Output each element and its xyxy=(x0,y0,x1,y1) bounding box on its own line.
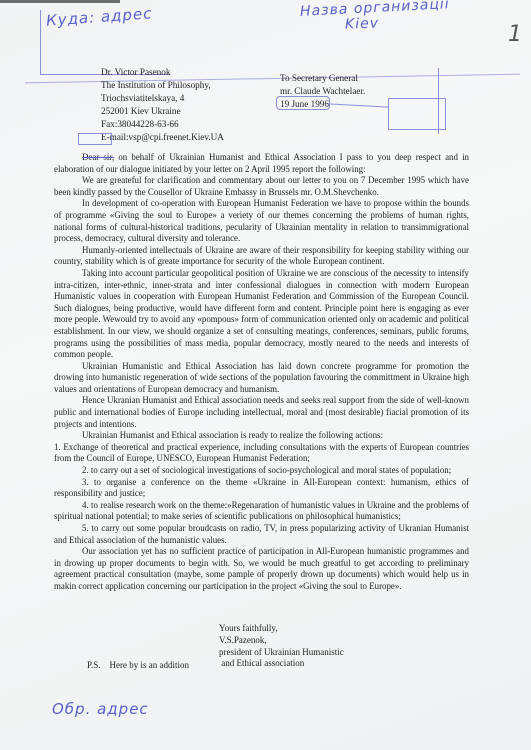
handwritten-vertical-line xyxy=(438,68,439,134)
paragraph: In development of co-operation with Euro… xyxy=(54,198,469,244)
sender-address: Dr. Victor Pasenok The Institution of Ph… xyxy=(101,66,224,144)
letter-page: Куда: адрес Назва организації Kiev 1 Dr.… xyxy=(0,0,531,750)
sender-line: The Institution of Philosophy, xyxy=(101,79,224,92)
date-circle-annotation xyxy=(276,96,330,110)
page-number: 1 xyxy=(508,22,523,47)
sender-line: E-mail:vsp@cpi.freenet.Kiev.UA xyxy=(101,131,224,144)
handwritten-box-left xyxy=(78,133,112,145)
closing-line: Yours faithfully, xyxy=(219,623,344,635)
recipient-line: To Secretary General xyxy=(280,72,365,85)
letter-closing: Yours faithfully, V.S.Pazenok, president… xyxy=(219,623,344,670)
letter-body: Dear sir, on behalf of Ukrainian Humanis… xyxy=(54,152,469,593)
signatory-name: V.S.Pazenok, xyxy=(219,635,344,647)
paragraph: We are greateful for clarification and c… xyxy=(54,175,469,198)
paragraph: Humanly-oriented intellectuals of Ukrain… xyxy=(54,245,469,268)
sender-line: Fax:38044228-63-66 xyxy=(101,118,224,131)
handwritten-rule xyxy=(25,74,520,84)
action-item: 5. to carry out some popular broudcasts … xyxy=(54,523,469,546)
paragraph-text: on behalf of Ukrainian Humanist and Ethi… xyxy=(54,152,469,174)
handwritten-note-city: Kiev xyxy=(345,15,380,32)
action-item: 2. to carry out a set of sociological in… xyxy=(54,465,469,477)
sender-line: Triochsviatitelskaya, 4 xyxy=(101,92,224,105)
sender-line: 252001 Kiev Ukraine xyxy=(101,105,224,118)
postscript: P.S. Here by is an addition xyxy=(87,660,189,670)
salutation: Dear sir, xyxy=(82,152,114,162)
paragraph: Ukrainian Humanistic and Ethical Associa… xyxy=(54,361,469,396)
signatory-title: and Ethical association xyxy=(219,658,344,670)
action-item: 1. Exchange of theoretical and practical… xyxy=(54,442,469,465)
action-item: 4. to realise research work on the theme… xyxy=(54,500,469,523)
paragraph: Hence Ukranian Humanist and Ethical asso… xyxy=(54,395,469,430)
scan-edge xyxy=(0,0,120,3)
final-paragraph: Our association yet has no sufficient pr… xyxy=(54,546,469,592)
paragraph: Ukrainian Humanist and Ethical associati… xyxy=(54,430,469,442)
signatory-title: president of Ukrainian Humanistic xyxy=(219,647,344,659)
opening-paragraph: Dear sir, on behalf of Ukrainian Humanis… xyxy=(54,152,469,175)
action-item: 3. to organise a conference on the theme… xyxy=(54,477,469,500)
handwritten-note-bottom: Обр. адрес xyxy=(52,700,149,718)
paragraph: Taking into account particular geopoliti… xyxy=(54,268,469,361)
sender-line: Dr. Victor Pasenok xyxy=(101,66,224,79)
